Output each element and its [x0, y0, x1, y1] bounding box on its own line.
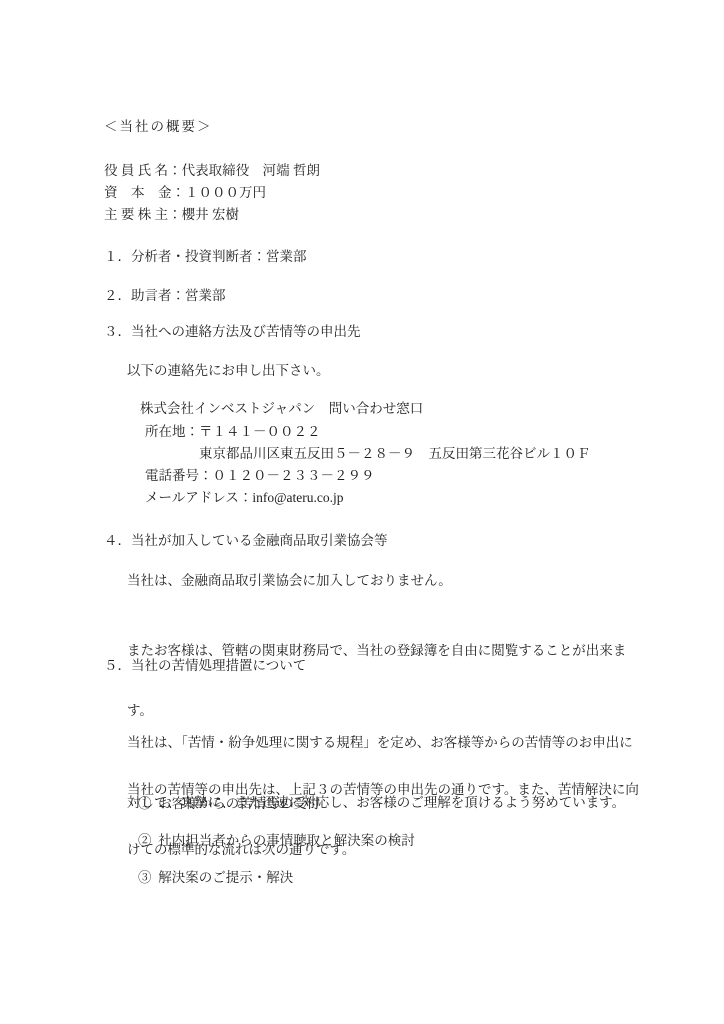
- contact-phone: 電話番号：０１２０－２３３－２９９: [145, 466, 375, 486]
- section-3-lead: 以下の連絡先にお申し出下さい。: [127, 361, 330, 381]
- officer-name-line: 役 員 氏 名：代表取締役 河端 哲朗: [104, 160, 320, 182]
- complaint-step-3: ③ 解決案のご提示・解決: [138, 868, 293, 888]
- section-1-title: １．分析者・投資判断者：営業部: [104, 247, 307, 267]
- contact-address: 東京都品川区東五反田５－２８－９ 五反田第三花谷ビル１０Ｆ: [199, 444, 591, 464]
- major-shareholder-line: 主 要 株 主：櫻井 宏樹: [104, 204, 239, 226]
- document-page: ＜当社の概要＞ 役 員 氏 名：代表取締役 河端 哲朗 資 本 金：１０００万円…: [0, 0, 724, 1024]
- section-4-paragraph-1: 当社は、金融商品取引業協会に加入しておりません。: [127, 571, 452, 591]
- section-4-title: ４．当社が加入している金融商品取引業協会等: [104, 531, 388, 551]
- contact-email: メールアドレス：info@ateru.co.jp: [145, 488, 343, 508]
- section-3-title: ３．当社への連絡方法及び苦情等の申出先: [104, 322, 361, 342]
- section-5-title: ５．当社の苦情処理措置について: [104, 656, 306, 676]
- contact-postal-code: 所在地：〒１４１－００２２: [145, 422, 321, 442]
- complaint-step-1: ① お客様からの苦情等の受付: [138, 794, 320, 814]
- contact-company-name: 株式会社インベストジャパン 問い合わせ窓口: [140, 399, 423, 419]
- page-title: ＜当社の概要＞: [104, 117, 213, 137]
- capital-line: 資 本 金：１０００万円: [104, 182, 266, 204]
- complaint-step-2: ② 社内担当者からの事情聴取と解決案の検討: [138, 831, 415, 851]
- section-2-title: ２．助言者：営業部: [104, 286, 226, 306]
